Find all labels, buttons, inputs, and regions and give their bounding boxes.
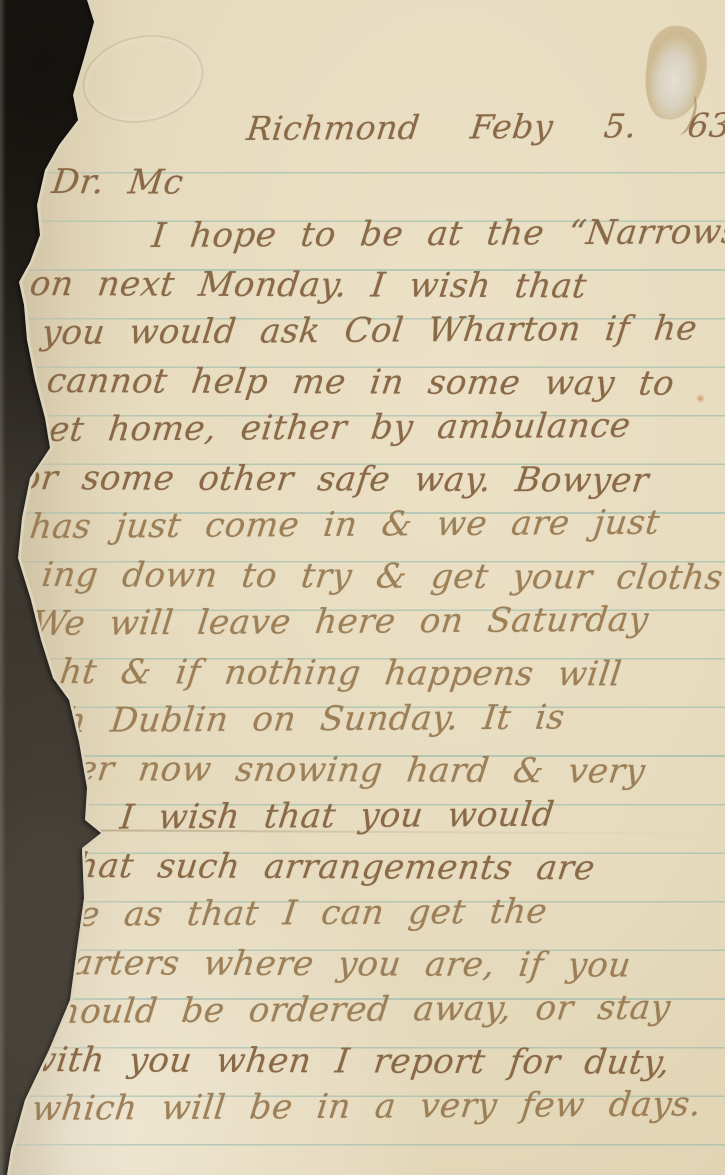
letter-line: on next Monday. I wish that [28, 267, 589, 303]
letter-line: de as that I can get the [55, 895, 549, 932]
letter-text: Richmond Feby 5. 63 Dr. Mc I hope to be … [0, 0, 725, 1175]
letter-line: you would ask Col Wharton if he [40, 311, 699, 350]
letter-line: has just come in & we are just [28, 506, 662, 544]
letter-line: or some other safe way. Bowyer [18, 461, 651, 498]
letter-line: should be ordered away, or stay [38, 991, 672, 1029]
letter-line: with you when I report for duty, [25, 1043, 672, 1080]
letter-line: We will leave here on Saturday [30, 603, 650, 641]
letter-line: get home, either by ambulance [25, 409, 633, 447]
letter-line: ht & if nothing happens will [58, 655, 624, 691]
letter-line: that such arrangements are [60, 849, 597, 885]
letter-line: I hope to be at the “Narrows” [150, 215, 725, 253]
letter-line: cannot help me in some way to [45, 364, 676, 401]
letter-line: which will be in a very few days. [30, 1087, 703, 1126]
scanned-letter: Richmond Feby 5. 63 Dr. Mc I hope to be … [0, 0, 725, 1175]
letter-page: Richmond Feby 5. 63 Dr. Mc I hope to be … [0, 0, 725, 1175]
letter-line: ing down to try & get your cloths. [40, 558, 725, 595]
paper-surface: Richmond Feby 5. 63 Dr. Mc I hope to be … [0, 0, 725, 1175]
date-line: Richmond Feby 5. 63 [245, 109, 725, 145]
letter-line: ver now snowing hard & very [55, 752, 647, 789]
letter-line: h Dublin on Sunday. It is [62, 701, 567, 738]
letter-line: uarters where you are, if you [48, 946, 633, 983]
letter-line: e. I wish that you would [62, 798, 556, 835]
salutation: Dr. Mc [50, 165, 186, 200]
